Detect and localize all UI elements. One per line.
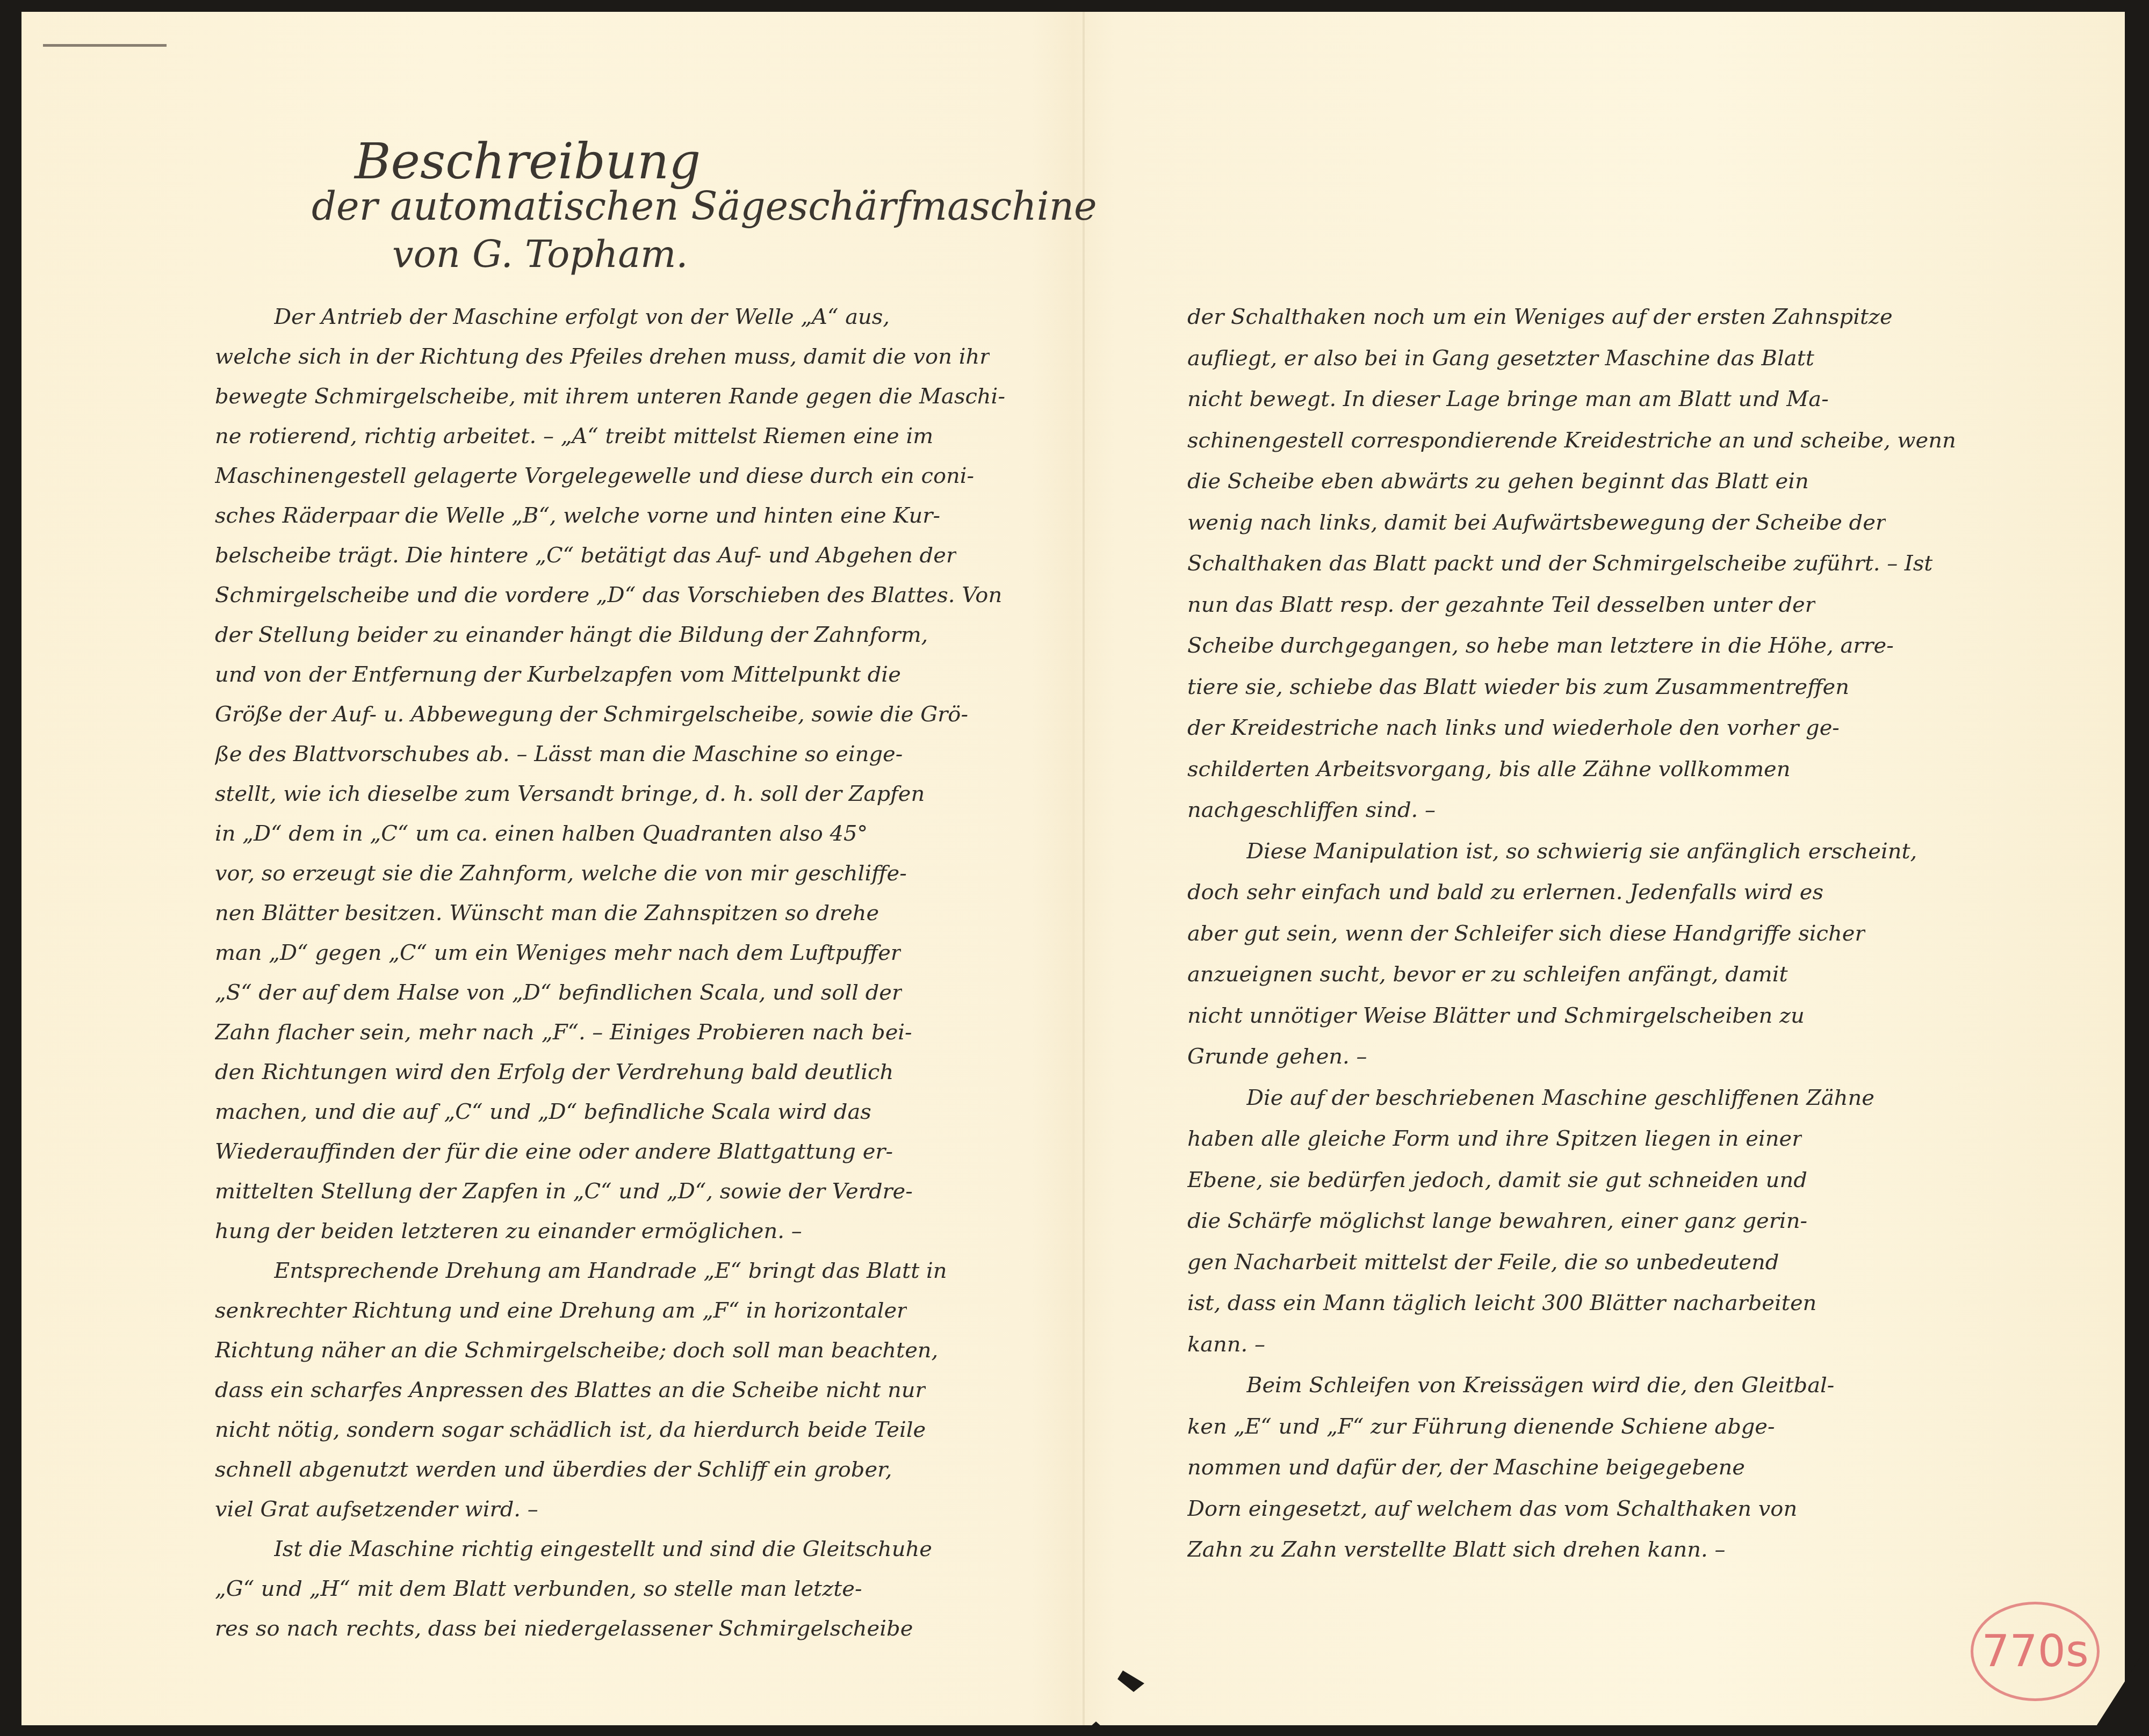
top-rule-line bbox=[43, 44, 167, 47]
text-line: ße des Blattvorschubes ab. – Lässt man d… bbox=[215, 742, 903, 766]
text-line: Die auf der beschriebenen Maschine gesch… bbox=[1246, 1086, 1874, 1110]
text-line: Schmirgelscheibe und die vordere „D“ das… bbox=[215, 583, 1002, 607]
text-line: doch sehr einfach und bald zu erlernen. … bbox=[1187, 880, 1823, 905]
text-line: haben alle gleiche Form und ihre Spitzen… bbox=[1187, 1126, 1802, 1151]
text-line: ken „E“ und „F“ zur Führung dienende Sch… bbox=[1187, 1414, 1775, 1439]
text-line: Ebene, sie bedürfen jedoch, damit sie gu… bbox=[1187, 1168, 1807, 1192]
title-line-2: der automatischen Sägeschärfmaschine bbox=[312, 184, 1097, 229]
text-line: belscheibe trägt. Die hintere „C“ betäti… bbox=[215, 543, 956, 568]
text-line: machen, und die auf „C“ und „D“ befindli… bbox=[215, 1100, 871, 1124]
text-line: Schalthaken das Blatt packt und der Schm… bbox=[1187, 551, 1932, 576]
text-line: ne rotierend, richtig arbeitet. – „A“ tr… bbox=[215, 424, 933, 449]
text-line: man „D“ gegen „C“ um ein Weniges mehr na… bbox=[215, 941, 901, 965]
title-line-3: von G. Topham. bbox=[392, 232, 688, 276]
text-line: der Stellung beider zu einander hängt di… bbox=[215, 623, 928, 647]
text-line: Entsprechende Drehung am Handrade „E“ br… bbox=[274, 1258, 947, 1283]
text-line: hung der beiden letzteren zu einander er… bbox=[215, 1219, 802, 1243]
archive-stamp: 770s bbox=[1971, 1602, 2100, 1701]
text-line: nicht bewegt. In dieser Lage bringe man … bbox=[1187, 387, 1829, 411]
text-line: viel Grat aufsetzender wird. – bbox=[215, 1497, 538, 1522]
text-line: vor, so erzeugt sie die Zahnform, welche… bbox=[215, 861, 907, 886]
text-line: aber gut sein, wenn der Schleifer sich d… bbox=[1187, 921, 1865, 946]
text-line: Beim Schleifen von Kreissägen wird die, … bbox=[1246, 1373, 1834, 1398]
text-line: sches Räderpaar die Welle „B“, welche vo… bbox=[215, 503, 940, 528]
text-line: Wiederauffinden der für die eine oder an… bbox=[215, 1139, 893, 1164]
text-line: tiere sie, schiebe das Blatt wieder bis … bbox=[1187, 675, 1849, 699]
text-line: nen Blätter besitzen. Wünscht man die Za… bbox=[215, 901, 879, 925]
text-line: „S“ der auf dem Halse von „D“ befindlich… bbox=[215, 980, 902, 1005]
text-line: Grunde gehen. – bbox=[1187, 1044, 1367, 1069]
text-line: der Schalthaken noch um ein Weniges auf … bbox=[1187, 305, 1893, 329]
text-line: Größe der Auf- u. Abbewegung der Schmirg… bbox=[215, 702, 968, 727]
text-line: in „D“ dem in „C“ um ca. einen halben Qu… bbox=[215, 821, 868, 846]
text-line: aufliegt, er also bei in Gang gesetzter … bbox=[1187, 346, 1814, 371]
text-line: stellt, wie ich dieselbe zum Versandt br… bbox=[215, 782, 925, 806]
text-line: wenig nach links, damit bei Aufwärtsbewe… bbox=[1187, 510, 1886, 535]
text-line: Zahn zu Zahn verstellte Blatt sich drehe… bbox=[1187, 1537, 1725, 1562]
text-line: die Scheibe eben abwärts zu gehen beginn… bbox=[1187, 469, 1809, 494]
text-line: kann. – bbox=[1187, 1332, 1265, 1357]
text-line: „G“ und „H“ mit dem Blatt verbunden, so … bbox=[215, 1576, 862, 1601]
text-line: den Richtungen wird den Erfolg der Verdr… bbox=[215, 1060, 893, 1084]
text-line: nommen und dafür der, der Maschine beige… bbox=[1187, 1455, 1745, 1480]
text-line: schinengestell correspondierende Kreides… bbox=[1187, 428, 1956, 453]
text-line: nun das Blatt resp. der gezahnte Teil de… bbox=[1187, 592, 1815, 617]
text-line: res so nach rechts, dass bei niedergelas… bbox=[215, 1616, 913, 1641]
text-line: gen Nacharbeit mittelst der Feile, die s… bbox=[1187, 1250, 1779, 1275]
text-line: nicht unnötiger Weise Blätter und Schmir… bbox=[1187, 1003, 1805, 1028]
text-line: Der Antrieb der Maschine erfolgt von der… bbox=[274, 305, 890, 329]
text-line: Maschinengestell gelagerte Vorgelegewell… bbox=[215, 464, 974, 488]
text-line: nachgeschliffen sind. – bbox=[1187, 798, 1436, 822]
text-line: die Schärfe möglichst lange bewahren, ei… bbox=[1187, 1209, 1807, 1233]
text-line: Diese Manipulation ist, so schwierig sie… bbox=[1246, 839, 1917, 864]
text-line: senkrechter Richtung und eine Drehung am… bbox=[215, 1298, 907, 1323]
text-line: bewegte Schmirgelscheibe, mit ihrem unte… bbox=[215, 384, 1005, 409]
text-line: schnell abgenutzt werden und überdies de… bbox=[215, 1457, 892, 1482]
text-line: Dorn eingesetzt, auf welchem das vom Sch… bbox=[1187, 1496, 1797, 1521]
text-line: ist, dass ein Mann täglich leicht 300 Bl… bbox=[1187, 1291, 1816, 1315]
text-line: dass ein scharfes Anpressen des Blattes … bbox=[215, 1378, 926, 1402]
title-line-1: Beschreibung bbox=[355, 133, 701, 190]
document-sheet: Beschreibung der automatischen Sägeschär… bbox=[21, 12, 2125, 1725]
text-line: Ist die Maschine richtig eingestellt und… bbox=[274, 1537, 932, 1561]
text-line: der Kreidestriche nach links und wiederh… bbox=[1187, 715, 1840, 740]
text-line: Scheibe durchgegangen, so hebe man letzt… bbox=[1187, 633, 1894, 658]
text-line: welche sich in der Richtung des Pfeiles … bbox=[215, 344, 990, 369]
text-line: schilderten Arbeitsvorgang, bis alle Zäh… bbox=[1187, 757, 1791, 782]
text-line: und von der Entfernung der Kurbelzapfen … bbox=[215, 662, 901, 687]
text-line: anzueignen sucht, bevor er zu schleifen … bbox=[1187, 962, 1788, 987]
text-line: Zahn flacher sein, mehr nach „F“. – Eini… bbox=[215, 1020, 912, 1045]
text-line: nicht nötig, sondern sogar schädlich ist… bbox=[215, 1417, 926, 1442]
text-line: mittelten Stellung der Zapfen in „C“ und… bbox=[215, 1179, 913, 1204]
text-line: Richtung näher an die Schmirgelscheibe; … bbox=[215, 1338, 938, 1363]
page-fold bbox=[1083, 12, 1085, 1725]
